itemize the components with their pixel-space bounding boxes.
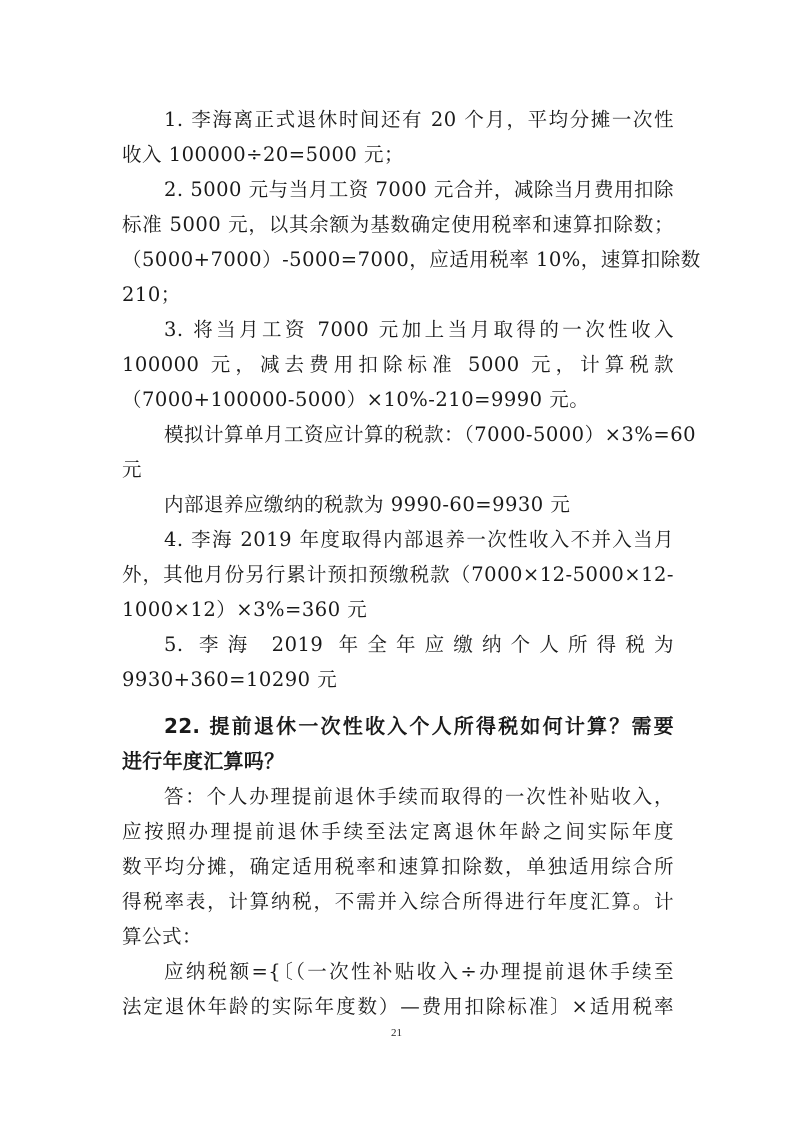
paragraph-step-4-line-2: 外，其他月份另行累计预扣预缴税款（7000×12-5000×12- bbox=[122, 557, 674, 592]
paragraph-step-5-line-1: 5. 李海 2019 年全年应缴纳个人所得税为 bbox=[164, 627, 674, 662]
paragraph-step-4-line-3: 1000×12）×3%=360 元 bbox=[122, 592, 367, 627]
page-number: 21 bbox=[0, 1027, 793, 1039]
paragraph-step-2-line-4: 210； bbox=[122, 277, 181, 312]
answer-line-4: 得税率表，计算纳税，不需并入综合所得进行年度汇算。计 bbox=[122, 884, 674, 919]
formula-line-2: 法定退休年龄的实际年度数）—费用扣除标准〕×适用税率 bbox=[122, 989, 674, 1024]
paragraph-step-1-line-1: 1. 李海离正式退休时间还有 20 个月，平均分摊一次性 bbox=[164, 102, 674, 137]
paragraph-step-4-line-1: 4. 李海 2019 年度取得内部退养一次性收入不并入当月 bbox=[164, 522, 674, 557]
answer-line-5: 算公式： bbox=[122, 919, 202, 954]
paragraph-step-2-line-1: 2. 5000 元与当月工资 7000 元合并，减除当月费用扣除 bbox=[164, 172, 674, 207]
paragraph-step-3-line-3: （7000+100000-5000）×10%-210=9990 元。 bbox=[122, 382, 589, 417]
paragraph-step-5-line-2: 9930+360=10290 元 bbox=[122, 662, 337, 697]
paragraph-step-2-line-3: （5000+7000）-5000=7000，应适用税率 10%，速算扣除数 bbox=[122, 242, 674, 277]
section-heading-22-line-1: 22. 提前退休一次性收入个人所得税如何计算？需要 bbox=[164, 709, 674, 744]
paragraph-simulation-line-1: 模拟计算单月工资应计算的税款：（7000-5000）×3%=60 bbox=[164, 417, 674, 452]
answer-line-1: 答：个人办理提前退休手续而取得的一次性补贴收入， bbox=[164, 779, 674, 814]
paragraph-internal-retirement-tax: 内部退养应缴纳的税款为 9990-60=9930 元 bbox=[164, 487, 570, 522]
paragraph-step-1-line-2: 收入 100000÷20=5000 元； bbox=[122, 137, 404, 172]
paragraph-step-3-line-1: 3. 将当月工资 7000 元加上当月取得的一次性收入 bbox=[164, 312, 674, 347]
section-heading-22-line-2: 进行年度汇算吗？ bbox=[122, 744, 284, 779]
paragraph-simulation-line-2: 元 bbox=[122, 452, 142, 487]
formula-line-1: 应纳税额={〔（一次性补贴收入÷办理提前退休手续至 bbox=[164, 954, 674, 989]
paragraph-step-3-line-2: 100000 元，减去费用扣除标准 5000 元，计算税款 bbox=[122, 347, 674, 382]
paragraph-step-2-line-2: 标准 5000 元，以其余额为基数确定使用税率和速算扣除数； bbox=[122, 207, 674, 242]
answer-line-3: 数平均分摊，确定适用税率和速算扣除数，单独适用综合所 bbox=[122, 849, 674, 884]
answer-line-2: 应按照办理提前退休手续至法定离退休年龄之间实际年度 bbox=[122, 814, 674, 849]
